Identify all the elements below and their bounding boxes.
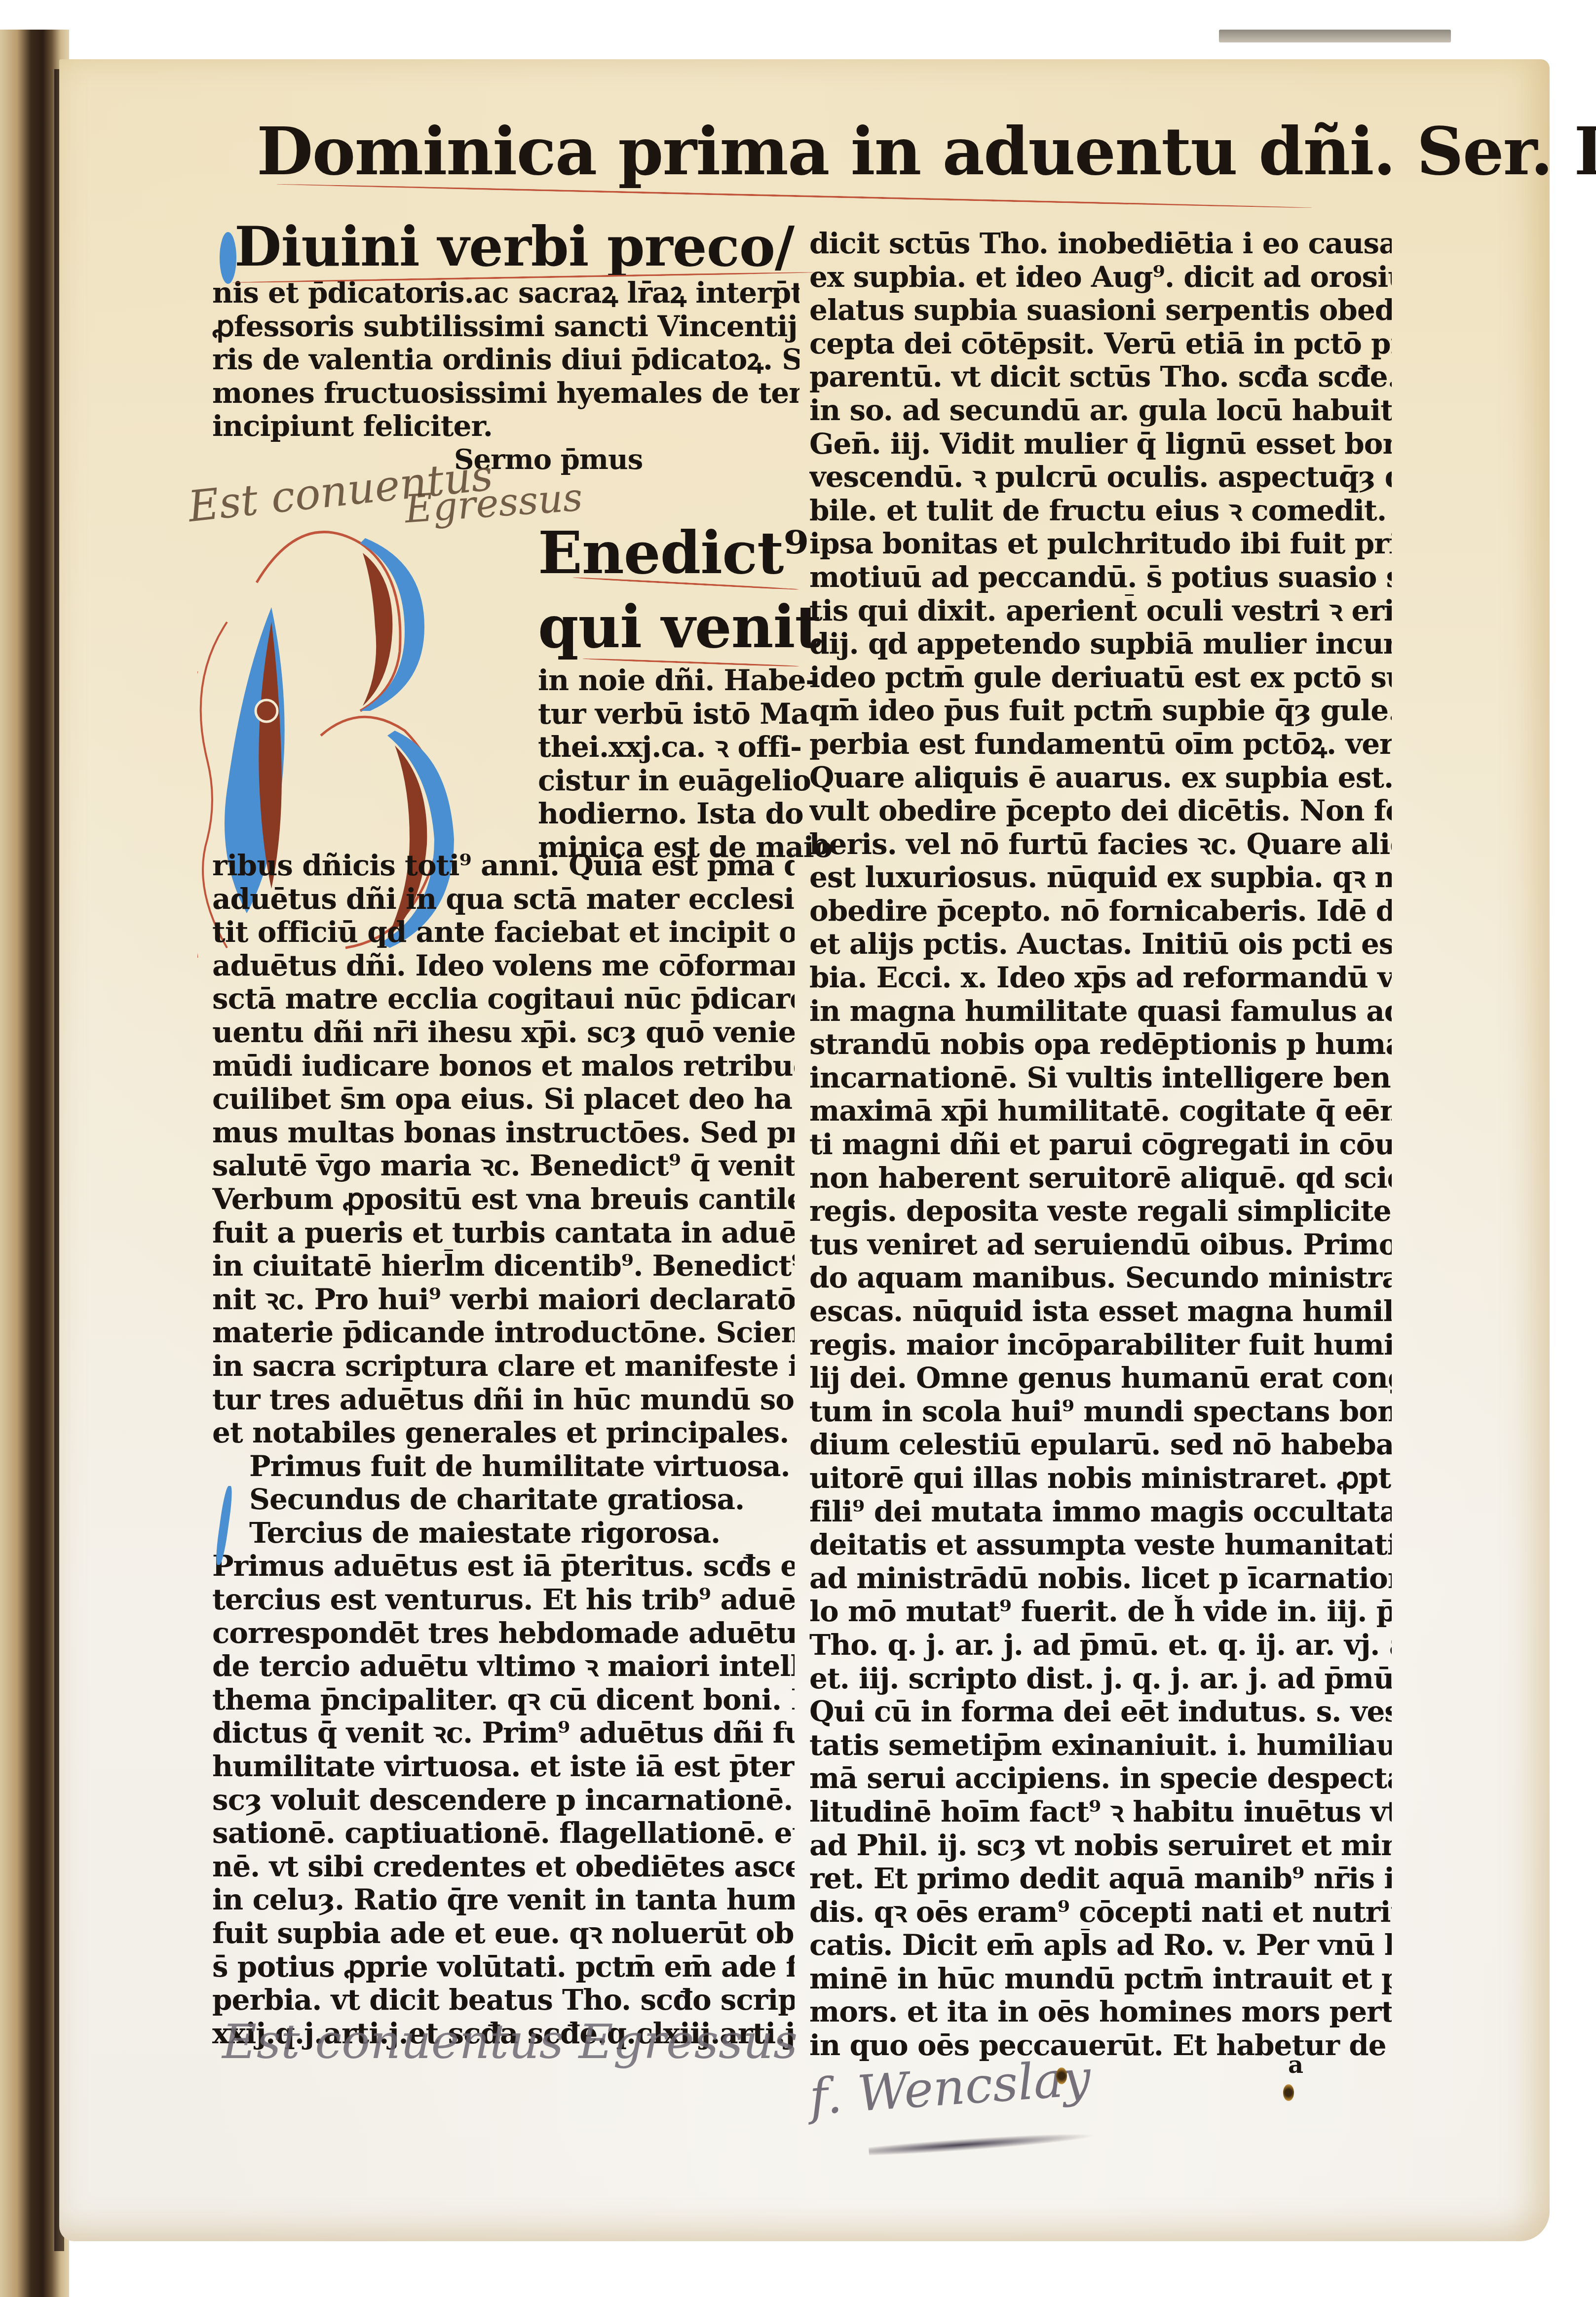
text-line: in celuȝ. Ratio q̄re venit in tanta humi… [212, 1883, 795, 1917]
opening-line: hodierno. Ista do [538, 797, 799, 831]
incipit-line: ꝓfessoris subtilissimi sancti Vincentij … [212, 310, 799, 344]
text-line: do aquam manibus. Secundo ministrando [809, 1261, 1392, 1295]
left-column-body: ribus dñicis toti⁹ anni. Quia est p̄ma d… [212, 849, 795, 2050]
text-line: ideo pctm̄ gule deriuatū est ex pctō sup… [809, 661, 1392, 695]
text-line: litudinē hoīm fact⁹ ꝛ habitu inuētus vt … [809, 1795, 1392, 1829]
right-column: dicit sctūs Tho. inobediētia i eo causat… [809, 227, 1392, 2063]
text-line: vult obedire p̄cepto dei dicētis. Non fo… [809, 794, 1392, 828]
text-line: mā serui accipiens. in specie despecta. … [809, 1762, 1392, 1795]
adjacent-leaf-edge [1219, 30, 1451, 42]
wormhole [1283, 2084, 1294, 2101]
incipit-line: ris de valentia ordinis diui p̄dicatoꝝ. … [212, 343, 799, 377]
text-line: tum in scola hui⁹ mundi spectans bonū pr… [809, 1395, 1392, 1429]
text-line: ribus dñicis toti⁹ anni. Quia est p̄ma d… [212, 849, 795, 883]
text-line: in ciuitatē hierl̄m dicentib⁹. Benedict⁹… [212, 1249, 795, 1283]
opening-line: tur verbū istō Ma [538, 698, 799, 731]
text-line: Primus aduētus est iā p̄teritus. scđs es… [212, 1550, 795, 1583]
text-line: regis. maior incōparabiliter fuit humili… [809, 1328, 1392, 1362]
text-line: ad ministrādū nobis. licet p īcarnationē… [809, 1562, 1392, 1596]
text-line: s̄ potius ꝓprie volūtati. pctm̄ em̄ ade … [212, 1950, 795, 1984]
text-line: bia. Ecci. x. Ideo xp̄s ad reformandū ve… [809, 961, 1392, 995]
text-line: in so. ad secundū ar. gula locū habuit. … [809, 394, 1392, 428]
text-line: regis. deposita veste regali simpliciter… [809, 1195, 1392, 1228]
opening-words: Enedict⁹ qui venit in noie dñi. Habe- tu… [538, 516, 799, 864]
text-line: tur tres aduētus dñi in hūc mundū solēne… [212, 1383, 795, 1417]
text-line: nit ꝛc. Pro hui⁹ verbi maiori declaratōn… [212, 1283, 795, 1317]
text-line: in sacra scriptura clare et manifeste in… [212, 1350, 795, 1383]
text-line: qm̄ ideo p̄us fuit pctm̄ supbie q̄ȝ gule… [809, 694, 1392, 728]
text-line: ti magni dñi et parui cōgregati in cōuiu… [809, 1128, 1392, 1162]
text-line: ipsa bonitas et pulchritudo ibi fuit pri… [809, 527, 1392, 561]
text-line: perbia. vt dicit beatus Tho. scđo script… [212, 1984, 795, 2017]
text-line: dium celestiū epularū. sed nō habebam⁹ s… [809, 1428, 1392, 1462]
text-line: perbia est fundamentū oīm pctōꝝ. verbi g… [809, 728, 1392, 761]
opening-big-line: qui venit [538, 590, 799, 664]
running-head: Dominica prima in aduentu dñi. Ser. I. [257, 114, 1342, 190]
text-line: nē. vt sibi credentes et obediētes ascen… [212, 1850, 795, 1884]
text-line: de tercio aduētu vltimo ꝛ maiori intelli… [212, 1650, 795, 1683]
text-line: minē in hūc mundū pctm̄ intrauit et p pc… [809, 1962, 1392, 1996]
text-line: parentū. vt dicit sctūs Tho. scđa scđe. … [809, 360, 1392, 394]
bottom-annotation: Est conuentus Egressus [222, 2014, 798, 2069]
text-line: uitorē qui illas nobis ministraret. ꝓpte… [809, 1462, 1392, 1495]
text-line: in magna humilitate quasi famulus ad min… [809, 995, 1392, 1028]
text-line: aduētus dñi. Ideo volens me cōformare cū [212, 949, 795, 983]
text-line: Verbum ꝓpositū est vna breuis cantilena … [212, 1183, 795, 1216]
text-line: dictus q̄ venit ꝛc. Prim⁹ aduētus dñi fu… [212, 1716, 795, 1750]
text-line: dicit sctūs Tho. inobediētia i eo causat… [809, 227, 1392, 261]
text-line: ret. Et primo dedit aquā manib⁹ nr̄is im… [809, 1862, 1392, 1896]
text-line: correspondēt tres hebdomade aduētus. Et [212, 1617, 795, 1650]
text-line: non haberent seruitorē aliquē. qd sciens… [809, 1162, 1392, 1195]
incipit-heading: Diuini verbi preco/ [212, 217, 799, 276]
text-line: et alijs pctis. Auctas. Initiū ois pcti … [809, 928, 1392, 961]
text-line: aduētus dñi in qua sctā mater ecclesia d… [212, 883, 795, 916]
text-line: mors. et ita in oēs homines mors pertran… [809, 1995, 1392, 2029]
opening-line: thei.xxj.ca. ꝛ offi- [538, 731, 799, 764]
text-line: deitatis et assumpta veste humanitatis v… [809, 1528, 1392, 1562]
text-line: maximā xp̄i humilitatē. cogitate q̄ eēnt… [809, 1094, 1392, 1128]
text-line: sctā matre ecclia cogitaui nūc p̄dicare … [212, 982, 795, 1016]
list-item: Tercius de maiestate rigorosa. [212, 1517, 795, 1550]
wormhole [1056, 2067, 1067, 2084]
text-line: strandū nobis opa redēptionis p humanam [809, 1028, 1392, 1061]
text-line: ex supbia. et ideo Aug⁹. dicit ad orosiū… [809, 261, 1392, 294]
opening-line: in noie dñi. Habe- [538, 664, 799, 698]
text-line: in quo oēs peccauerūt. Et habetur de con… [809, 2029, 1392, 2063]
text-line: mūdi iudicare bonos et malos retribuendo [212, 1050, 795, 1083]
text-line: materie p̄dicande introductōne. Sciendū … [212, 1316, 795, 1350]
text-line: Qui cū in forma dei eēt indutus. s. vest… [809, 1695, 1392, 1729]
text-line: beris. vel nō furtū facies ꝛc. Quare ali… [809, 828, 1392, 861]
text-line: Tho. q. j. ar. j. ad p̄mū. et. q. ij. ar… [809, 1629, 1392, 1662]
text-line: lij dei. Omne genus humanū erat congrega [809, 1362, 1392, 1395]
text-line: cepta dei cōtēpsit. Verū etiā in pctō pr… [809, 327, 1392, 361]
text-line: thema p̄ncipaliter. qꝛ cū dicent boni. B… [212, 1683, 795, 1717]
opening-line: cistur in euāgelio [538, 764, 799, 798]
text-line: scȝ voluit descendere p incarnationē. cō… [212, 1784, 795, 1817]
text-line: catis. Dicit em̄ apl̄s ad Ro. v. Per vnū… [809, 1929, 1392, 1962]
text-line: lo mō mutat⁹ fuerit. de h̊ vide in. iij.… [809, 1595, 1392, 1629]
list-item: Primus fuit de humilitate virtuosa. [212, 1450, 795, 1483]
text-line: tus veniret ad seruiendū oibus. Primo da… [809, 1228, 1392, 1262]
text-line: tis qui dixit. aperient̄ oculi vestri ꝛ … [809, 594, 1392, 628]
text-line: dis. qꝛ oēs eram⁹ cōcepti nati et nutrit… [809, 1896, 1392, 1929]
text-line: Quare aliquis ē auarus. ex supbia est. q… [809, 761, 1392, 795]
text-line: dij. qd appetendo supbiā mulier incurrit… [809, 627, 1392, 661]
list-item: Secundus de charitate gratiosa. [212, 1483, 795, 1517]
text-line: sationē. captiuationē. flagellationē. et… [212, 1817, 795, 1850]
left-column: Diuini verbi preco/ nis et p̄dicatoris.a… [212, 217, 799, 477]
text-line: Gen̄. iij. Vidit mulier q̄ lignū esset b… [809, 428, 1392, 461]
text-line: uentu dñi nr̄i ihesu xp̄i. scȝ quō venie… [212, 1016, 795, 1050]
text-line: est luxuriosus. nūquid ex supbia. qꝛ nō … [809, 861, 1392, 895]
text-line: fuit a pueris et turbis cantata in aduēt… [212, 1216, 795, 1250]
text-line: fuit supbia ade et eue. qꝛ noluerūt obed… [212, 1917, 795, 1950]
text-line: bile. et tulit de fructu eius ꝛ comedit.… [809, 494, 1392, 528]
text-line: tit officiū qd ante faciebat et incipit … [212, 916, 795, 949]
text-line: tatis semetip̄m exinaniuit. i. humiliaui… [809, 1729, 1392, 1762]
text-line: mus multas bonas instructōes. Sed primo [212, 1116, 795, 1150]
text-line: salutē v̄go maria ꝛc. Benedict⁹ q̄ venit… [212, 1149, 795, 1183]
text-line: ad Phil. ij. scȝ vt nobis seruiret et mi… [809, 1829, 1392, 1863]
text-line: elatus supbia suasioni serpentis obediēs… [809, 294, 1392, 327]
incipit-line: incipiunt feliciter. [212, 410, 799, 443]
text-line: humilitate virtuosa. et iste iā est p̄te… [212, 1750, 795, 1784]
text-line: incarnationē. Si vultis intelligere bene… [809, 1061, 1392, 1095]
text-line: escas. nūquid ista esset magna humilitas… [809, 1295, 1392, 1328]
text-line: cuilibet s̄m opa eius. Si placet deo ha … [212, 1083, 795, 1116]
text-line: obedire p̄cepto. nō fornicaberis. Idē de… [809, 895, 1392, 928]
text-line: tercius est venturus. Et his trib⁹ aduēt… [212, 1583, 795, 1617]
text-line: et notabiles generales et principales. [212, 1416, 795, 1450]
signature-mark: a [1288, 2051, 1303, 2079]
opening-big-line: Enedict⁹ [538, 516, 799, 590]
text-line: et. iij. scripto dist. j. q. j. ar. j. a… [809, 1662, 1392, 1696]
incipit-line: mones fructuosissimi hyemales de tempore [212, 377, 799, 410]
text-line: vescendū. ꝛ pulcrū oculis. aspectuq̄ȝ de… [809, 461, 1392, 494]
text-line: motiuū ad peccandū. s̄ potius suasio ser… [809, 561, 1392, 594]
text-line: fili⁹ dei mutata immo magis occultata ve… [809, 1495, 1392, 1529]
